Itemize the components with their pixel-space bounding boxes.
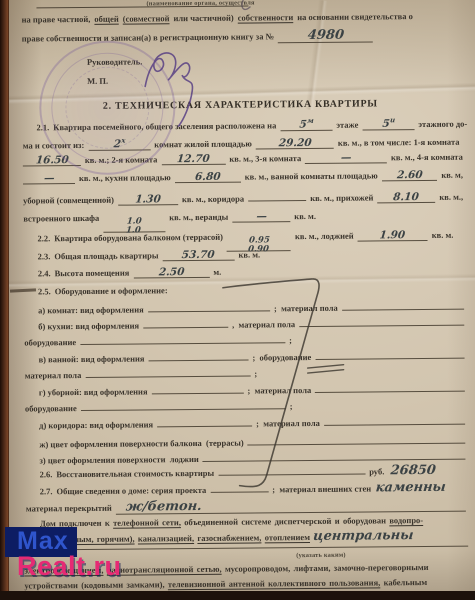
field-label: в) ванной: вид оформления	[39, 354, 145, 364]
ceiling-height-line: 2.4. Высота помещения 2.50 м.	[22, 266, 466, 280]
paragraph-text-underlined: водопро-	[389, 515, 423, 525]
field-label: д) коридора: вид оформления	[39, 420, 153, 430]
signature-icon	[137, 36, 222, 129]
field-label: материал перекрытий	[26, 504, 112, 514]
field-label: ; оборудование	[252, 353, 311, 363]
rooms-finish-line: а) комнат: вид оформления ; материал пол…	[22, 301, 466, 316]
form-caption: (наименование органа, осуществля	[146, 0, 254, 7]
bathroom-equipment-field	[315, 350, 464, 360]
corridor-finish-line: д) коридора: вид оформления ; материал п…	[23, 416, 467, 431]
field-label: кв. м., кухни площадью	[79, 173, 171, 183]
field-label: ;	[289, 336, 292, 345]
total-area-line: 2.3. Общая площадь квартиры 53.70 кв. м.	[22, 249, 466, 263]
balcony-color-field	[248, 435, 466, 446]
paragraph-text-underlined: канализацией,	[138, 533, 194, 543]
spacer	[375, 38, 464, 39]
paragraph-text-underlined: отоплением	[265, 532, 310, 542]
document-photo: (наименование органа, осуществля на прав…	[0, 0, 475, 600]
spacer	[262, 256, 466, 258]
field-label: ; материал пола	[274, 304, 338, 314]
field-label: Оборудование и оформление:	[55, 286, 168, 296]
ceilings-material-field: ж/бетон.	[116, 499, 466, 515]
field-label: этажного до-	[418, 119, 467, 129]
field-label: комнат жилой площадью	[154, 139, 252, 149]
total-floors-suffix: и	[389, 115, 395, 124]
restoration-cost-value: 26850	[390, 465, 436, 477]
floor-field: 5м	[280, 118, 332, 131]
field-label: кв. м., лоджией	[295, 232, 354, 242]
paragraph-text: объединенной системе диспетчерской и обо…	[184, 515, 386, 527]
room4-area-value: —	[43, 174, 54, 184]
field-label: кв. м., коридора	[182, 195, 244, 205]
corridor-area-field	[248, 192, 306, 202]
ownership-text: на основании свидетельства о	[297, 12, 413, 22]
corridor-floor-field	[324, 416, 465, 426]
watermark: Max Realt.ru	[5, 527, 122, 580]
field-label: , материал пола	[232, 320, 295, 330]
loggia-area-value: 1.90	[379, 231, 405, 241]
watermark-realt-label: Realt.ru	[17, 553, 122, 580]
rooms-finish-field	[148, 302, 270, 312]
field-label: кв. м,	[441, 171, 463, 181]
field-label: Высота помещения	[55, 269, 130, 279]
field-label: ;	[290, 402, 293, 411]
field-label: оборудование	[24, 338, 76, 348]
kitchen-equipment-field	[80, 334, 285, 345]
field-label: а) комнат: вид оформления	[38, 305, 144, 315]
field-label: кв. м., прихожей	[310, 193, 373, 203]
field-label: кв. м., 3-я комната	[229, 154, 301, 164]
living-area-value: 29.20	[278, 138, 312, 148]
wc-equipment-line: оборудование ;	[23, 399, 467, 414]
room2-area-field: 12.70	[161, 155, 225, 166]
field-label: Общая площадь квартиры	[54, 251, 158, 261]
field-label: руб.	[369, 467, 384, 476]
item-number: 2.5.	[38, 287, 51, 296]
field-label: ж) цвет оформления поверхности балкона (…	[39, 439, 243, 450]
corridor-finish-field	[157, 418, 252, 428]
field-label: ; материал пола	[256, 419, 320, 429]
room3-area-value: —	[340, 154, 351, 164]
field-label: Общие сведения о доме: серия проекта	[56, 486, 206, 497]
field-label: оборудование	[25, 404, 77, 414]
field-label: ; материал внешних стен	[272, 484, 371, 494]
veranda-area-value: —	[256, 212, 267, 222]
field-label: кв. м., ванной комнаты площадью	[245, 171, 378, 182]
floor-suffix: м	[307, 116, 315, 125]
paragraph-text: мусоропроводом, лифтами, замочно-перегов…	[225, 562, 429, 574]
living-area-field: 29.20	[256, 138, 334, 149]
wc-finish-field	[151, 385, 243, 395]
field-label: кв. м., в том числе: 1-я комната	[338, 137, 460, 147]
bath-area-value: 2.60	[396, 171, 422, 181]
item-number: 2.3.	[38, 252, 51, 261]
field-label: кв. м.	[294, 212, 316, 222]
ownership-text-underlined: (совместной	[123, 14, 170, 24]
field-label: уборной (совмещенной)	[23, 196, 114, 206]
spacer	[223, 273, 466, 275]
ownership-line-1: на праве частной, общей (совместной или …	[20, 12, 464, 25]
spacer	[318, 218, 465, 219]
loggia-area-field: 1.90	[358, 231, 428, 242]
field-label: кв. м.	[238, 250, 260, 260]
total-floors-field: 5и	[362, 117, 414, 130]
total-area-field: 53.70	[162, 251, 234, 262]
field-kitchen-bath-line: — кв. м., кухни площадью 6.80 кв. м., ва…	[21, 171, 465, 185]
room4-area-field: —	[23, 174, 75, 185]
document-content: (наименование органа, осуществля на прав…	[6, 0, 475, 594]
field-label: Восстановительная стоимость квартиры	[56, 469, 214, 480]
wc-area-value: 1.30	[135, 195, 161, 205]
paper-sheet: (наименование органа, осуществля на прав…	[9, 0, 475, 592]
field-label: ;	[254, 369, 257, 378]
field-label: Квартира оборудована балконом (террасой)	[54, 233, 223, 244]
registration-number-field: 4980	[278, 29, 373, 43]
photo-bottom-edge	[0, 591, 475, 600]
field-label: ; материал пола	[247, 386, 311, 396]
spacer	[295, 408, 467, 410]
hallway-area-field: 8.10	[377, 193, 435, 204]
equipment-header-line: 2.5. Оборудование и оформление:	[22, 284, 466, 297]
ceiling-height-field: 2.50	[133, 268, 209, 279]
ceilings-material-line: материал перекрытий ж/бетон.	[24, 499, 468, 516]
paragraph-text-underlined: телефонной сети,	[113, 517, 181, 528]
wc-equipment-field	[81, 400, 286, 411]
field-label: встроенного шкафа	[23, 214, 99, 224]
room3-area-field: —	[305, 153, 387, 164]
field-label: кв. м.	[432, 231, 454, 241]
wc-floor-field	[315, 383, 465, 393]
item-number: 2.2.	[37, 234, 50, 243]
bathroom-floor-line: материал пола ;	[23, 366, 467, 381]
total-area-value: 53.70	[182, 251, 216, 261]
field-label: г) уборной: вид оформления	[39, 387, 148, 397]
heating-type-value: центральны	[313, 530, 414, 543]
bathroom-finish-line: в) ванной: вид оформления ; оборудование	[22, 350, 466, 365]
bathroom-finish-field	[148, 352, 248, 362]
field-wc-hall-line: уборной (совмещенной) 1.30 кв. м., корид…	[21, 191, 465, 207]
house-info-line: 2.7. Общие сведения о доме: серия проект…	[24, 482, 468, 498]
registration-number-value: 4980	[307, 30, 344, 42]
loggia-color-field	[203, 451, 466, 462]
spacer	[259, 375, 467, 377]
ownership-text: на праве частной,	[22, 15, 91, 25]
kitchen-area-field: 6.80	[175, 173, 241, 184]
paragraph-text-underlined: газоснабжением,	[197, 532, 261, 543]
ownership-text-underlined: общей	[94, 15, 118, 25]
paragraph-text-underlined: радиотрансляционной сетью,	[107, 564, 222, 575]
ceilings-material-value: ж/бетон.	[125, 501, 202, 513]
closet-area-field: 1.01.0	[103, 213, 165, 233]
restoration-cost-field	[218, 466, 365, 476]
ownership-text-underlined: собственности	[238, 13, 294, 23]
rooms-floor-field	[342, 301, 464, 311]
balcony-color-line: ж) цвет оформления поверхности балкона (…	[23, 435, 467, 450]
room2-area-value: 12.70	[176, 155, 210, 165]
field-label: материал пола	[25, 371, 82, 381]
item-number: 2.4.	[38, 269, 51, 278]
field-label: кв. м., веранды	[169, 213, 228, 223]
kitchen-finish-line: б) кухни: вид оформления , материал пола	[22, 317, 466, 332]
field-label: з) цвет оформления поверхности лоджии	[39, 455, 198, 466]
wc-area-field: 1.30	[118, 195, 178, 206]
restoration-cost-line: 2.6. Восстановительная стоимость квартир…	[23, 465, 467, 481]
paragraph-text: кабельным	[384, 577, 428, 587]
field-label: кв. м., 4-я комната	[391, 153, 463, 163]
ceiling-height-value: 2.50	[158, 268, 184, 278]
wc-finish-line: г) уборной: вид оформления ; материал по…	[23, 383, 467, 398]
project-series-field	[210, 483, 268, 493]
bathroom-floor-field	[85, 368, 250, 378]
hallway-area-value: 8.10	[393, 193, 419, 203]
walls-material-value: каменны	[376, 482, 447, 494]
paragraph-text-underlined: телевизионной антенной коллективного пол…	[168, 577, 380, 589]
kitchen-floor-field	[299, 317, 464, 327]
kitchen-equipment-line: оборудование ;	[22, 333, 466, 348]
spacer	[294, 342, 466, 344]
item-number: 2.7.	[40, 487, 53, 496]
registration-line: праве собственности и записан(а) в регис…	[20, 29, 464, 46]
field-label: м.	[213, 268, 221, 277]
veranda-area-field: —	[232, 212, 290, 223]
hint-caption: (указать каким)	[296, 552, 346, 559]
bath-area-field: 2.60	[382, 171, 438, 182]
field-label: этаже	[336, 120, 358, 130]
field-label: кв. м.,	[439, 193, 463, 203]
field-label: б) кухни: вид оформления	[38, 321, 139, 331]
kitchen-area-value: 6.80	[194, 173, 220, 183]
kitchen-finish-field	[143, 319, 228, 329]
ownership-text: или частичной)	[173, 14, 233, 24]
item-number: 2.6.	[40, 470, 53, 479]
